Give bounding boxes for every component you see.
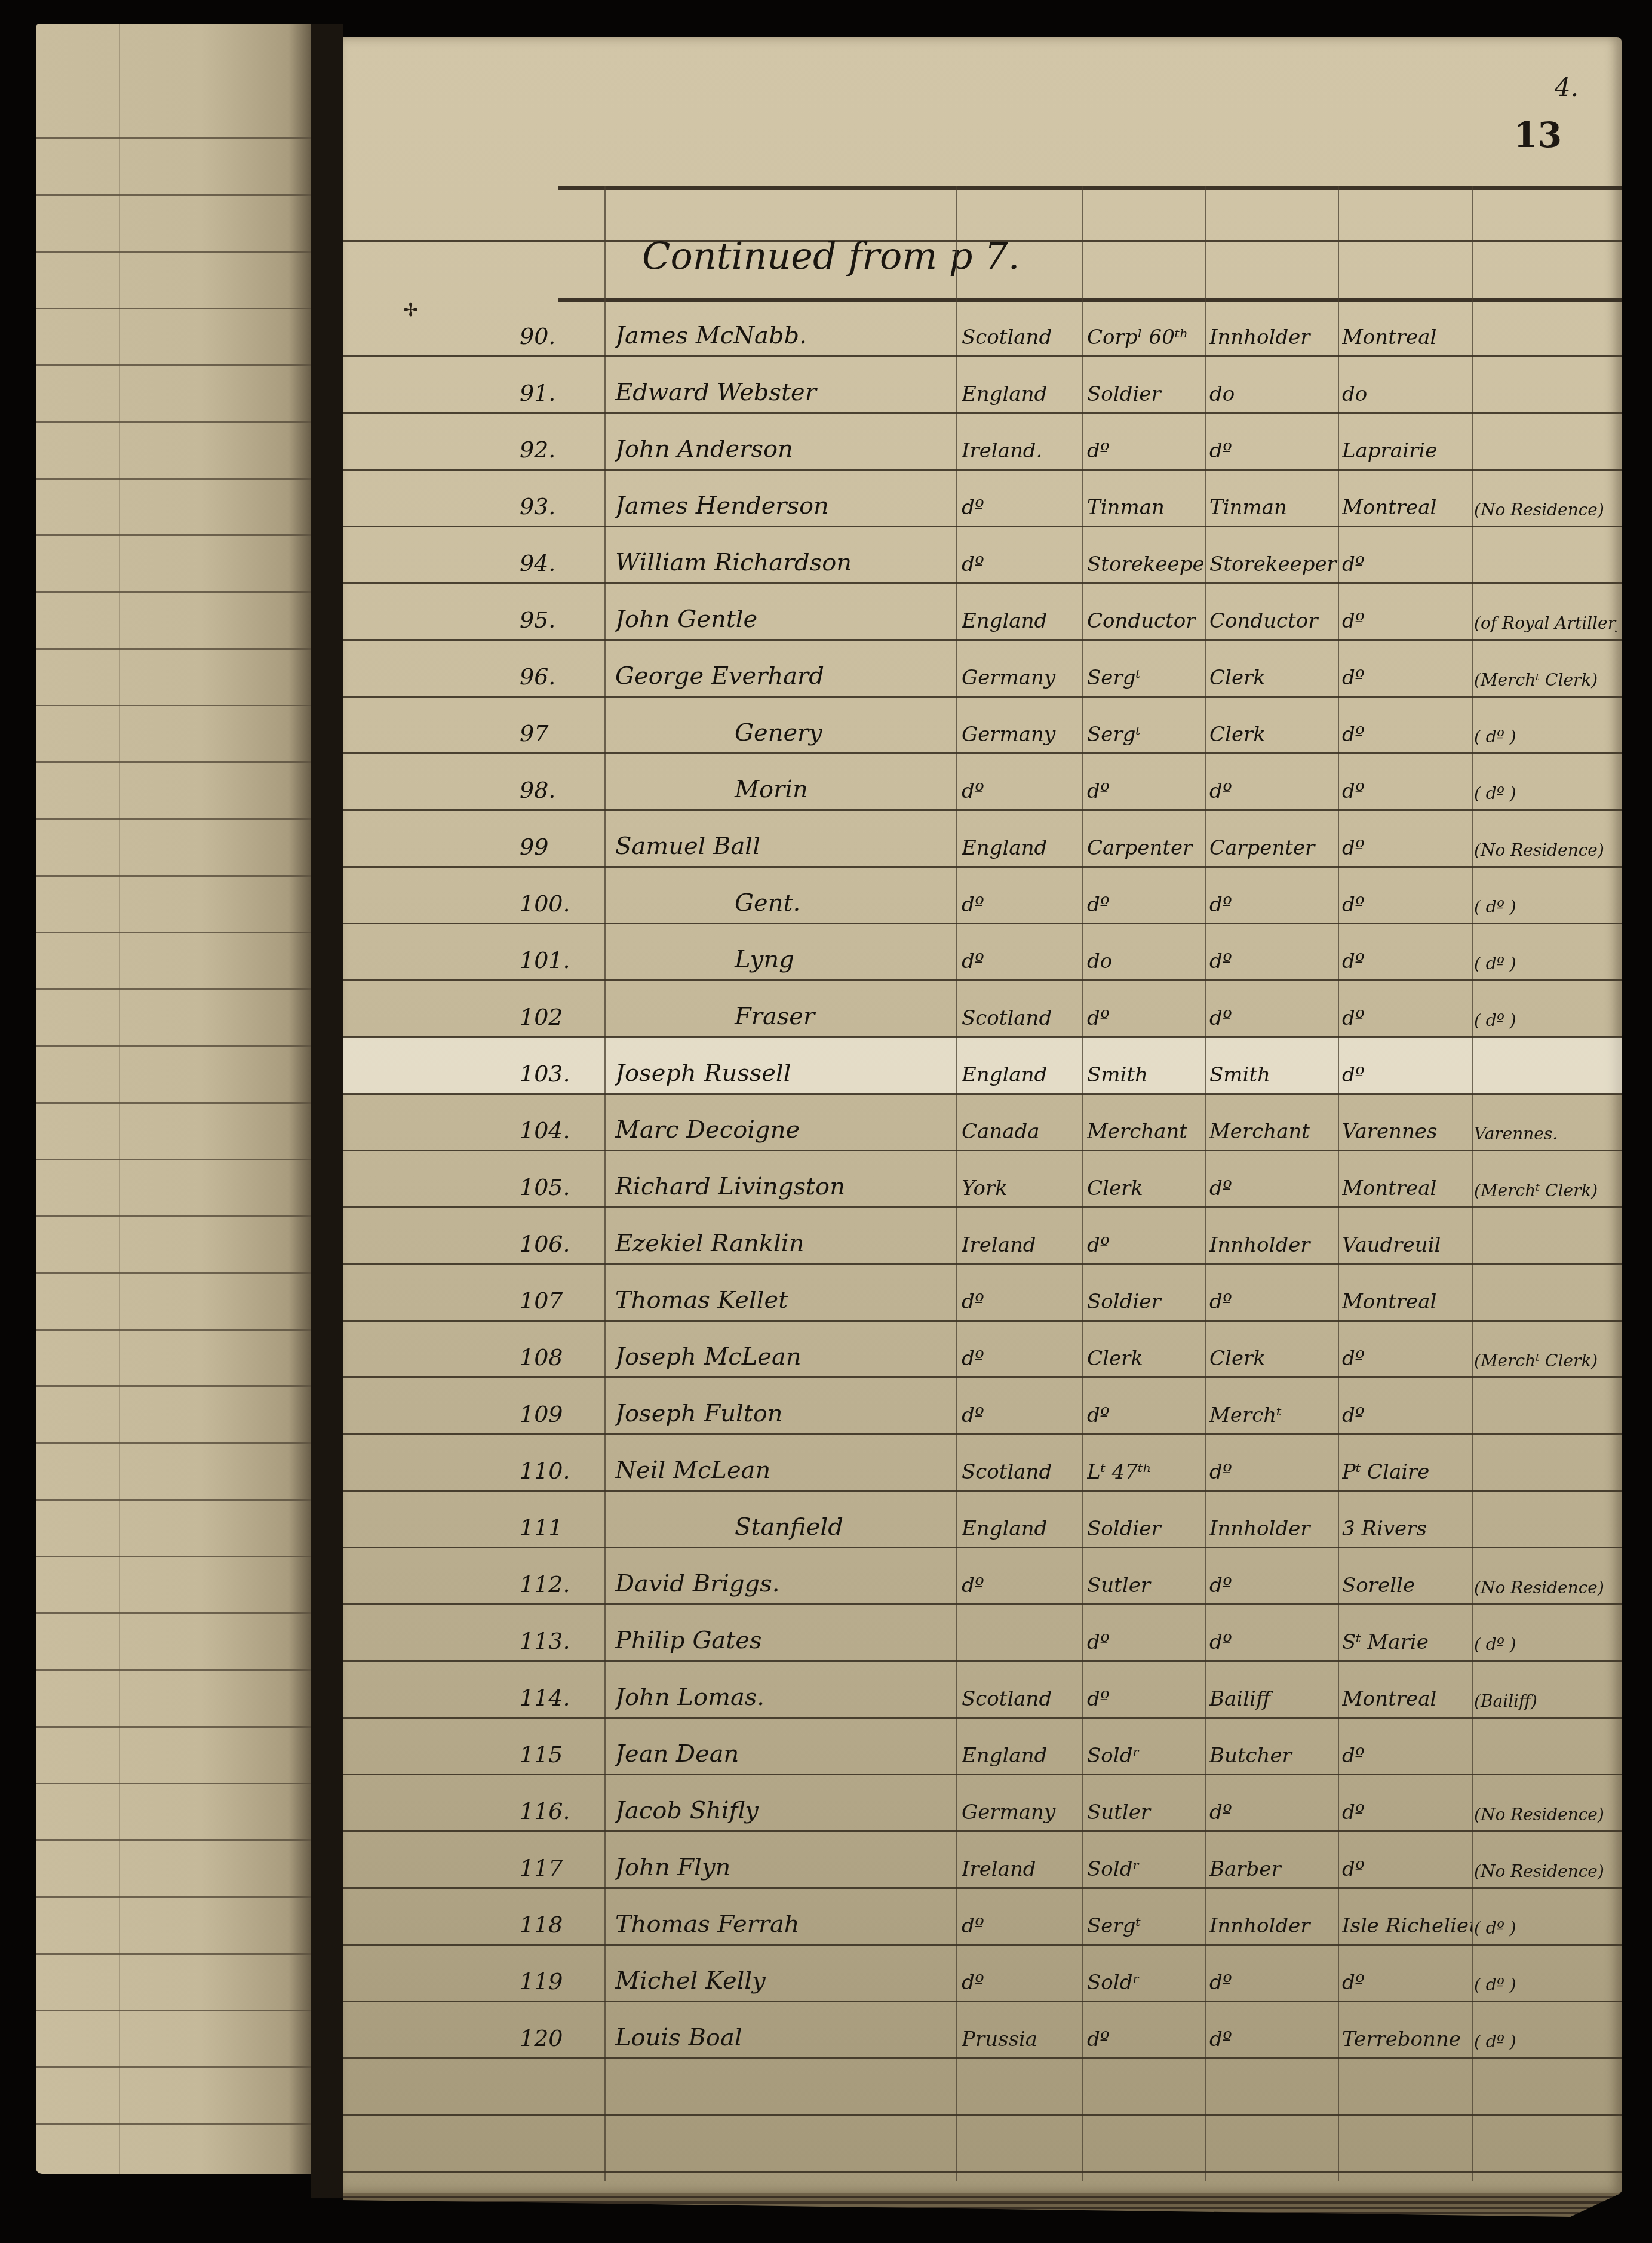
- row-rule: [343, 1263, 1622, 1265]
- entry-residence: dº: [1342, 552, 1472, 576]
- entry-occupation-1: Soldier: [1087, 1517, 1206, 1541]
- entry-remarks: ( dº ): [1474, 1010, 1617, 1030]
- page-number: 13: [1513, 115, 1562, 155]
- entry-occupation-1: dº: [1087, 1687, 1206, 1711]
- entry-country: England: [962, 1063, 1084, 1087]
- entry-occupation-2: Smith: [1209, 1063, 1338, 1087]
- entry-occupation-1: Tinman: [1087, 496, 1206, 520]
- entry-occupation-1: Soldʳ: [1087, 1744, 1206, 1768]
- entry-occupation-1: Lᵗ 47ᵗʰ: [1087, 1460, 1206, 1484]
- entry-number: 115: [520, 1741, 591, 1768]
- left-page-rule: [36, 1896, 311, 1898]
- entry-number: 116.: [520, 1798, 591, 1824]
- entry-residence: dº: [1342, 1347, 1472, 1371]
- entry-country: Ireland: [962, 1233, 1084, 1257]
- table-row: 95. John Gentle England Conductor Conduc…: [343, 585, 1622, 641]
- left-page-rule: [36, 875, 311, 877]
- entry-country: Scotland: [962, 1687, 1084, 1711]
- table-row: 104. Marc Decoigne Canada Merchant Merch…: [343, 1095, 1622, 1152]
- left-page-rule: [36, 478, 311, 480]
- entry-occupation-1: Clerk: [1087, 1347, 1206, 1371]
- left-page-rule: [36, 1839, 311, 1841]
- entry-number: 104.: [520, 1117, 591, 1144]
- entry-country: Canada: [962, 1120, 1084, 1144]
- entry-residence: dº: [1342, 1063, 1472, 1087]
- left-page-rule: [36, 648, 311, 650]
- left-page-rule: [36, 1669, 311, 1671]
- table-row: 102 Fraser Scotland dº dº dº ( dº ): [343, 982, 1622, 1038]
- entry-occupation-2: Merchᵗ: [1209, 1403, 1338, 1427]
- row-rule: [343, 2171, 1622, 2173]
- row-rule: [343, 582, 1622, 584]
- entry-occupation-1: Sutler: [1087, 1574, 1206, 1597]
- entry-country: England: [962, 609, 1084, 633]
- entry-name: James McNabb.: [615, 322, 959, 349]
- left-page-rule: [36, 1272, 311, 1274]
- entry-occupation-2: Tinman: [1209, 496, 1338, 520]
- entry-number: 108: [520, 1344, 591, 1371]
- entry-occupation-2: dº: [1209, 2027, 1338, 2051]
- row-rule: [343, 1774, 1622, 1775]
- table-row: 116. Jacob Shifly Germany Sutler dº dº (…: [343, 1776, 1622, 1833]
- entry-number: 103.: [520, 1061, 591, 1087]
- left-page-rule: [36, 1159, 311, 1160]
- entry-name: Thomas Ferrah: [615, 1910, 959, 1938]
- left-page-rule: [36, 818, 311, 820]
- table-row: 110. Neil McLean Scotland Lᵗ 47ᵗʰ dº Pᵗ …: [343, 1436, 1622, 1492]
- entry-name: Joseph McLean: [615, 1343, 959, 1371]
- entry-name: Louis Boal: [615, 2024, 959, 2051]
- entry-remarks: ( dº ): [1474, 1634, 1617, 1654]
- left-page-rule: [36, 932, 311, 933]
- header-top-rule: [558, 186, 1622, 190]
- entry-country: dº: [962, 950, 1084, 973]
- entry-residence: Laprairie: [1342, 439, 1472, 463]
- entry-occupation-1: dº: [1087, 439, 1206, 463]
- entry-occupation-1: Conductor: [1087, 609, 1206, 633]
- entry-name: Lyng: [615, 946, 959, 973]
- left-page-rule: [36, 308, 311, 309]
- row-rule: [343, 1150, 1622, 1151]
- entry-occupation-2: dº: [1209, 1800, 1338, 1824]
- entry-country: England: [962, 1517, 1084, 1541]
- continued-heading: Continued from p 7.: [642, 234, 1020, 278]
- entry-country: Germany: [962, 666, 1084, 690]
- entry-name: Jean Dean: [615, 1740, 959, 1768]
- entry-residence: Varennes: [1342, 1120, 1472, 1144]
- entry-occupation-2: dº: [1209, 1006, 1338, 1030]
- entry-occupation-1: dº: [1087, 1006, 1206, 1030]
- entry-residence: Montreal: [1342, 1687, 1472, 1711]
- entry-number: 94.: [520, 550, 591, 576]
- left-page-rule: [36, 1442, 311, 1444]
- entry-country: dº: [962, 496, 1084, 520]
- entry-number: 109: [520, 1401, 591, 1427]
- row-rule: [343, 412, 1622, 414]
- entry-residence: Sᵗ Marie: [1342, 1630, 1472, 1654]
- row-rule: [343, 639, 1622, 641]
- left-page-rule: [36, 1329, 311, 1331]
- table-row: 117 John Flyn Ireland Soldʳ Barber dº (N…: [343, 1833, 1622, 1889]
- entry-country: Ireland: [962, 1857, 1084, 1881]
- row-rule: [343, 1887, 1622, 1889]
- entry-remarks: (No Residence): [1474, 500, 1617, 520]
- entry-number: 120: [520, 2025, 591, 2051]
- table-row: 94. William Richardson dº Storekeeper St…: [343, 528, 1622, 585]
- entry-country: York: [962, 1176, 1084, 1200]
- row-rule: [343, 923, 1622, 924]
- entry-number: 91.: [520, 380, 591, 406]
- entry-occupation-1: dº: [1087, 893, 1206, 917]
- row-rule: [343, 696, 1622, 698]
- entry-occupation-2: Barber: [1209, 1857, 1338, 1881]
- entry-occupation-2: do: [1209, 382, 1338, 406]
- entry-occupation-1: Soldʳ: [1087, 1971, 1206, 1995]
- entry-occupation-1: dº: [1087, 2027, 1206, 2051]
- table-row: 100. Gent. dº dº dº dº ( dº ): [343, 868, 1622, 925]
- row-rule: [343, 1206, 1622, 1208]
- entry-name: Neil McLean: [615, 1457, 959, 1484]
- entry-occupation-1: dº: [1087, 1403, 1206, 1427]
- table-row: 113. Philip Gates dº dº Sᵗ Marie ( dº ): [343, 1606, 1622, 1663]
- entry-occupation-2: Clerk: [1209, 723, 1338, 746]
- entry-remarks: (No Residence): [1474, 1805, 1617, 1824]
- entry-country: England: [962, 836, 1084, 860]
- entry-name: Morin: [615, 776, 959, 803]
- row-rule: [343, 1093, 1622, 1095]
- entry-name: William Richardson: [615, 549, 959, 576]
- entry-country: dº: [962, 1574, 1084, 1597]
- entry-name: Stanfield: [615, 1513, 959, 1541]
- row-rule: [343, 526, 1622, 527]
- entry-name: John Lomas.: [615, 1683, 959, 1711]
- entry-occupation-1: Smith: [1087, 1063, 1206, 1087]
- left-page-rule: [36, 1783, 311, 1784]
- row-rule: [343, 979, 1622, 981]
- left-page-rule: [36, 1953, 311, 1955]
- entry-country: dº: [962, 1290, 1084, 1314]
- entry-country: dº: [962, 1403, 1084, 1427]
- ledger-page: 4. 13 Continued from p 7. ✢ 90. James Mc…: [343, 37, 1622, 2193]
- table-row: 96. George Everhard Germany Sergᵗ Clerk …: [343, 641, 1622, 698]
- entry-occupation-2: Carpenter: [1209, 836, 1338, 860]
- entry-number: 92.: [520, 437, 591, 463]
- entry-country: Scotland: [962, 325, 1084, 349]
- book-gutter: [311, 24, 343, 2198]
- table-row: 98. Morin dº dº dº dº ( dº ): [343, 755, 1622, 812]
- left-page-rule: [36, 2123, 311, 2125]
- entry-occupation-2: dº: [1209, 779, 1338, 803]
- row-rule: [343, 1547, 1622, 1548]
- entry-remarks: (Merchᵗ Clerk): [1474, 1351, 1617, 1371]
- entry-number: 119: [520, 1968, 591, 1995]
- entry-remarks: (No Residence): [1474, 840, 1617, 860]
- entry-occupation-2: dº: [1209, 1574, 1338, 1597]
- entry-residence: dº: [1342, 1403, 1472, 1427]
- entry-name: George Everhard: [615, 662, 959, 690]
- entry-occupation-2: Storekeeper: [1209, 552, 1338, 576]
- entry-name: Ezekiel Ranklin: [615, 1230, 959, 1257]
- entry-number: 118: [520, 1912, 591, 1938]
- left-page-rule: [36, 1556, 311, 1557]
- entry-residence: dº: [1342, 1744, 1472, 1768]
- left-page-rule: [36, 1045, 311, 1047]
- entry-number: 100.: [520, 890, 591, 917]
- entry-country: England: [962, 382, 1084, 406]
- entry-occupation-1: Clerk: [1087, 1176, 1206, 1200]
- table-row: 105. Richard Livingston York Clerk dº Mo…: [343, 1152, 1622, 1209]
- entry-occupation-2: Merchant: [1209, 1120, 1338, 1144]
- entry-country: dº: [962, 893, 1084, 917]
- entry-residence: dº: [1342, 666, 1472, 690]
- row-rule: [343, 1830, 1622, 1832]
- entry-name: Thomas Kellet: [615, 1286, 959, 1314]
- entry-remarks: ( dº ): [1474, 783, 1617, 803]
- table-row: 92. John Anderson Ireland. dº dº Laprair…: [343, 414, 1622, 471]
- table-row: 91. Edward Webster England Soldier do do: [343, 358, 1622, 414]
- row-rule: [343, 1376, 1622, 1378]
- entry-name: Samuel Ball: [615, 832, 959, 860]
- table-row: 107 Thomas Kellet dº Soldier dº Montreal: [343, 1265, 1622, 1322]
- entry-occupation-2: Conductor: [1209, 609, 1338, 633]
- entry-residence: 3 Rivers: [1342, 1517, 1472, 1541]
- entry-residence: dº: [1342, 1857, 1472, 1881]
- entry-remarks: (No Residence): [1474, 1578, 1617, 1597]
- entry-remarks: Varennes.: [1474, 1124, 1617, 1144]
- table-row: 108 Joseph McLean dº Clerk Clerk dº (Mer…: [343, 1322, 1622, 1379]
- row-rule: [343, 469, 1622, 471]
- entry-residence: dº: [1342, 1006, 1472, 1030]
- entry-occupation-2: Clerk: [1209, 1347, 1338, 1371]
- left-page-rule: [36, 705, 311, 706]
- entry-remarks: ( dº ): [1474, 2032, 1617, 2051]
- entry-occupation-2: dº: [1209, 1460, 1338, 1484]
- entry-number: 110.: [520, 1458, 591, 1484]
- entry-remarks: (Merchᵗ Clerk): [1474, 670, 1617, 690]
- left-page-rule: [36, 1499, 311, 1501]
- table-row: 93. James Henderson dº Tinman Tinman Mon…: [343, 471, 1622, 528]
- row-rule: [343, 809, 1622, 811]
- entry-name: Philip Gates: [615, 1627, 959, 1654]
- table-row: 106. Ezekiel Ranklin Ireland dº Innholde…: [343, 1209, 1622, 1265]
- left-page-rule: [36, 534, 311, 536]
- row-rule: [343, 752, 1622, 754]
- table-row: 97 Genery Germany Sergᵗ Clerk dº ( dº ): [343, 698, 1622, 755]
- entry-residence: Montreal: [1342, 1176, 1472, 1200]
- row-rule: [343, 1320, 1622, 1322]
- entry-occupation-1: Sergᵗ: [1087, 666, 1206, 690]
- row-rule: [343, 2114, 1622, 2116]
- entry-number: 98.: [520, 777, 591, 803]
- entry-occupation-2: Innholder: [1209, 1233, 1338, 1257]
- entry-country: Germany: [962, 1800, 1084, 1824]
- entry-number: 102: [520, 1004, 591, 1030]
- entry-country: Scotland: [962, 1460, 1084, 1484]
- entry-occupation-1: Sergᵗ: [1087, 1914, 1206, 1938]
- entry-number: 105.: [520, 1174, 591, 1200]
- entry-occupation-1: do: [1087, 950, 1206, 973]
- entry-name: Richard Livingston: [615, 1173, 959, 1200]
- entry-country: dº: [962, 552, 1084, 576]
- entry-residence: dº: [1342, 893, 1472, 917]
- left-page-rule: [36, 1385, 311, 1387]
- entry-residence: Montreal: [1342, 1290, 1472, 1314]
- entry-country: Ireland.: [962, 439, 1084, 463]
- entry-occupation-1: dº: [1087, 779, 1206, 803]
- table-row: 90. James McNabb. Scotland Corpˡ 60ᵗʰ In…: [343, 301, 1622, 358]
- table-row: 112. David Briggs. dº Sutler dº Sorelle …: [343, 1549, 1622, 1606]
- entry-occupation-1: Merchant: [1087, 1120, 1206, 1144]
- table-row: 115 Jean Dean England Soldʳ Butcher dº: [343, 1719, 1622, 1776]
- entry-country: Germany: [962, 723, 1084, 746]
- left-page-rule: [36, 2010, 311, 2011]
- entry-occupation-2: Innholder: [1209, 1914, 1338, 1938]
- left-page-rule: [36, 137, 311, 139]
- entry-remarks: (Bailiff): [1474, 1691, 1617, 1711]
- entry-number: 111: [520, 1514, 591, 1541]
- entry-remarks: (of Royal Artillery): [1474, 613, 1617, 633]
- entry-occupation-1: dº: [1087, 1630, 1206, 1654]
- entry-number: 117: [520, 1855, 591, 1881]
- entry-occupation-2: Butcher: [1209, 1744, 1338, 1768]
- table-row: 111 Stanfield England Soldier Innholder …: [343, 1492, 1622, 1549]
- entry-residence: Montreal: [1342, 325, 1472, 349]
- entry-number: 101.: [520, 947, 591, 973]
- entry-name: Michel Kelly: [615, 1967, 959, 1995]
- left-page-rule: [36, 1102, 311, 1104]
- entry-name: David Briggs.: [615, 1570, 959, 1597]
- left-page-rule: [36, 364, 311, 366]
- entry-number: 112.: [520, 1571, 591, 1597]
- table-row: 120 Louis Boal Prussia dº dº Terrebonne …: [343, 2003, 1622, 2060]
- entry-residence: do: [1342, 382, 1472, 406]
- row-rule: [343, 1944, 1622, 1946]
- left-page-rule: [36, 194, 311, 196]
- left-page-rule: [36, 2066, 311, 2068]
- row-rule: [343, 1717, 1622, 1719]
- left-page-rule: [36, 988, 311, 990]
- table-row: 119 Michel Kelly dº Soldʳ dº dº ( dº ): [343, 1946, 1622, 2003]
- entry-name: Joseph Russell: [615, 1059, 959, 1087]
- entry-name: Gent.: [615, 889, 959, 917]
- entry-residence: dº: [1342, 1800, 1472, 1824]
- entry-name: Genery: [615, 719, 959, 746]
- entry-remarks: ( dº ): [1474, 897, 1617, 917]
- entry-occupation-1: dº: [1087, 1233, 1206, 1257]
- entry-name: John Anderson: [615, 435, 959, 463]
- entry-occupation-1: Soldʳ: [1087, 1857, 1206, 1881]
- entry-remarks: ( dº ): [1474, 954, 1617, 973]
- entry-occupation-2: dº: [1209, 439, 1338, 463]
- entry-occupation-1: Carpenter: [1087, 836, 1206, 860]
- entry-country: England: [962, 1744, 1084, 1768]
- left-page-rule: [36, 761, 311, 763]
- entry-residence: dº: [1342, 950, 1472, 973]
- entry-residence: dº: [1342, 1971, 1472, 1995]
- entry-occupation-2: dº: [1209, 950, 1338, 973]
- row-rule: [343, 1036, 1622, 1038]
- entry-residence: Montreal: [1342, 496, 1472, 520]
- entry-residence: Sorelle: [1342, 1574, 1472, 1597]
- left-page-rule: [36, 591, 311, 593]
- table-row: 99 Samuel Ball England Carpenter Carpent…: [343, 812, 1622, 868]
- table-row: 118 Thomas Ferrah dº Sergᵗ Innholder Isl…: [343, 1889, 1622, 1946]
- entry-number: 97: [520, 720, 591, 746]
- entry-occupation-1: Storekeeper: [1087, 552, 1206, 576]
- entry-occupation-2: Innholder: [1209, 325, 1338, 349]
- entry-country: Prussia: [962, 2027, 1084, 2051]
- entry-occupation-1: Soldier: [1087, 1290, 1206, 1314]
- left-page-rule: [36, 1215, 311, 1217]
- entry-number: 95.: [520, 607, 591, 633]
- entry-occupation-1: Corpˡ 60ᵗʰ: [1087, 325, 1206, 349]
- entry-occupation-2: dº: [1209, 1176, 1338, 1200]
- entry-name: Joseph Fulton: [615, 1400, 959, 1427]
- row-rule: [343, 2001, 1622, 2002]
- entry-occupation-2: dº: [1209, 1290, 1338, 1314]
- table-row: 114. John Lomas. Scotland dº Bailiff Mon…: [343, 1663, 1622, 1719]
- entry-occupation-2: dº: [1209, 893, 1338, 917]
- entry-name: James Henderson: [615, 492, 959, 520]
- table-row: 103. Joseph Russell England Smith Smith …: [343, 1038, 1622, 1095]
- entry-occupation-1: Soldier: [1087, 382, 1206, 406]
- entry-residence: Terrebonne: [1342, 2027, 1472, 2051]
- entry-number: 106.: [520, 1231, 591, 1257]
- entry-residence: dº: [1342, 779, 1472, 803]
- entry-occupation-1: Sutler: [1087, 1800, 1206, 1824]
- left-page-rule: [36, 1726, 311, 1728]
- entry-occupation-2: Bailiff: [1209, 1687, 1338, 1711]
- entry-country: Scotland: [962, 1006, 1084, 1030]
- entry-occupation-2: Clerk: [1209, 666, 1338, 690]
- left-page-margin-line: [119, 24, 120, 2174]
- table-row: 101. Lyng dº do dº dº ( dº ): [343, 925, 1622, 982]
- entry-remarks: ( dº ): [1474, 727, 1617, 746]
- entry-number: 90.: [520, 323, 591, 349]
- entry-occupation-2: dº: [1209, 1630, 1338, 1654]
- entry-occupation-2: dº: [1209, 1971, 1338, 1995]
- entry-name: Marc Decoigne: [615, 1116, 959, 1144]
- left-page-rule: [36, 251, 311, 253]
- entry-country: dº: [962, 1971, 1084, 1995]
- folio-mark: 4.: [1555, 73, 1579, 102]
- entry-remarks: (Merchᵗ Clerk): [1474, 1181, 1617, 1200]
- entry-name: Edward Webster: [615, 379, 959, 406]
- entry-country: dº: [962, 1347, 1084, 1371]
- entry-number: 114.: [520, 1685, 591, 1711]
- entry-name: John Flyn: [615, 1854, 959, 1881]
- entry-number: 107: [520, 1288, 591, 1314]
- entry-residence: dº: [1342, 609, 1472, 633]
- row-rule: [343, 866, 1622, 868]
- entry-residence: dº: [1342, 723, 1472, 746]
- left-page-rule: [36, 1612, 311, 1614]
- entry-name: Fraser: [615, 1003, 959, 1030]
- row-rule: [343, 355, 1622, 357]
- entry-occupation-1: Sergᵗ: [1087, 723, 1206, 746]
- entry-occupation-2: Innholder: [1209, 1517, 1338, 1541]
- entry-remarks: ( dº ): [1474, 1918, 1617, 1938]
- entry-residence: dº: [1342, 836, 1472, 860]
- entry-remarks: ( dº ): [1474, 1975, 1617, 1995]
- entry-country: dº: [962, 1914, 1084, 1938]
- entry-country: dº: [962, 779, 1084, 803]
- row-rule: [343, 1660, 1622, 1662]
- table-row: 109 Joseph Fulton dº dº Merchᵗ dº: [343, 1379, 1622, 1436]
- entry-residence: Isle Richelieu: [1342, 1914, 1472, 1938]
- entry-residence: Vaudreuil: [1342, 1233, 1472, 1257]
- left-page-rule: [36, 421, 311, 423]
